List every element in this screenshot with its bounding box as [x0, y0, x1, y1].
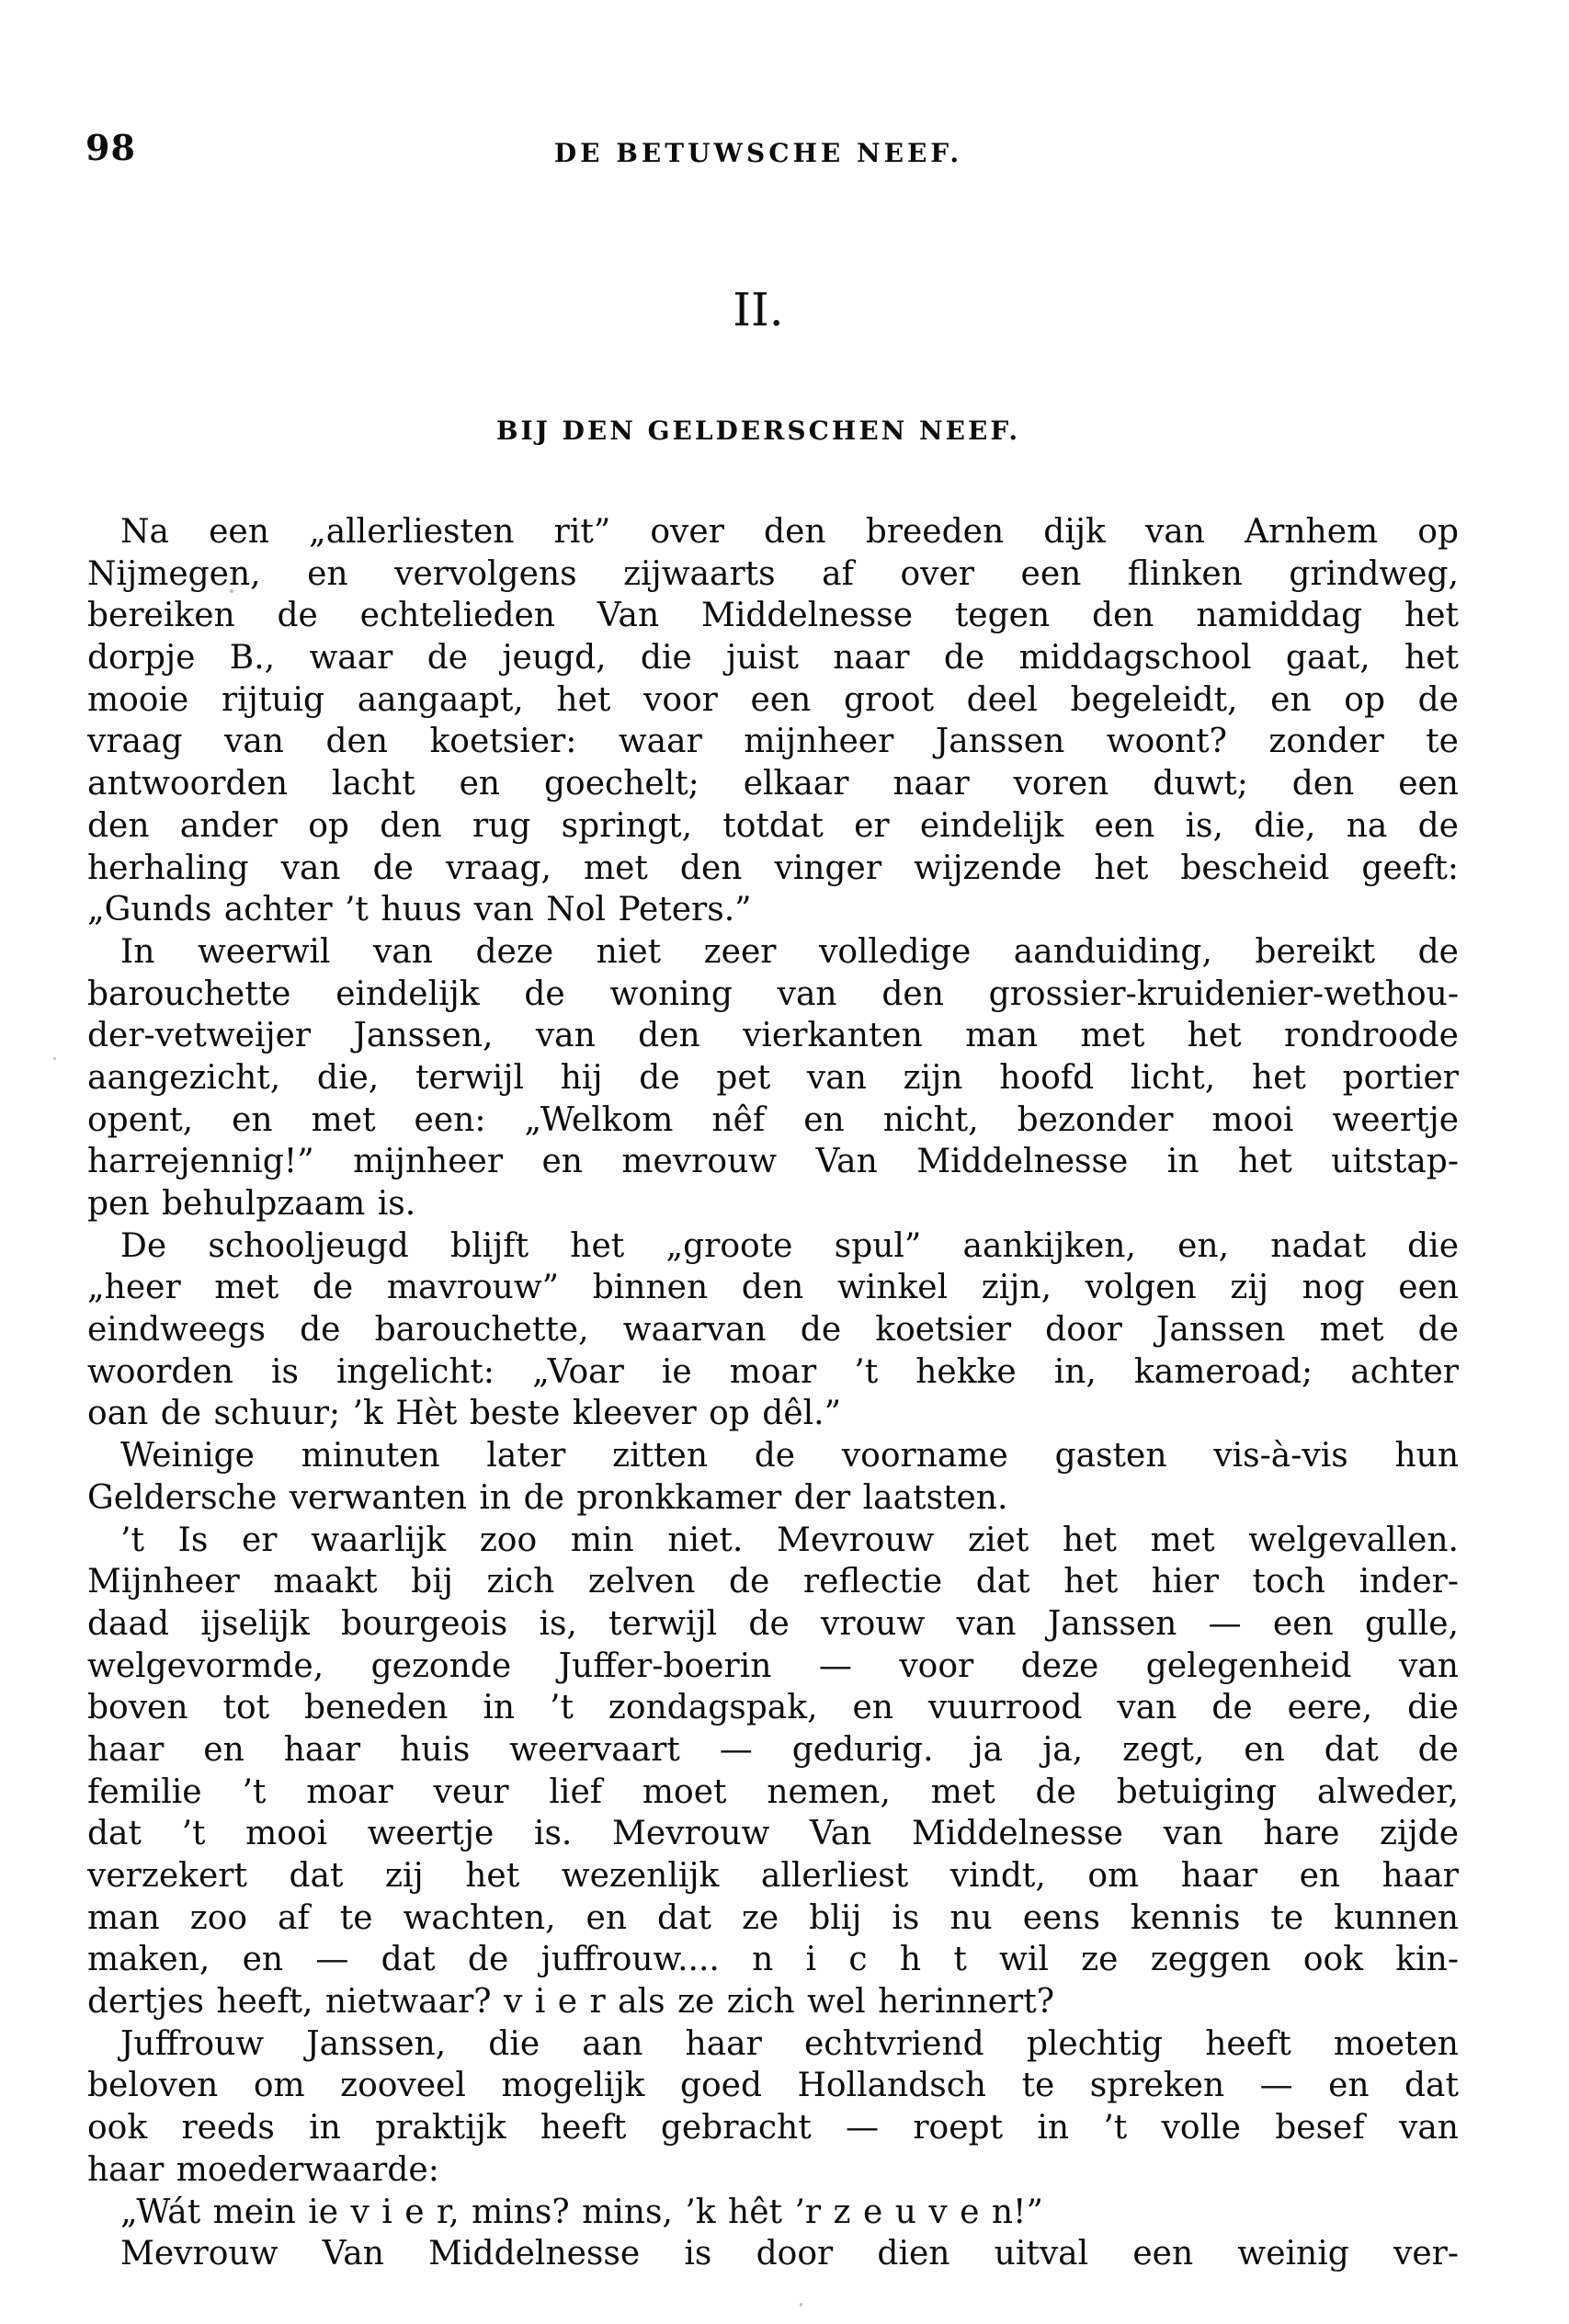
text-line: Juffrouw Janssen, die aan haar echtvrien…	[87, 2023, 1459, 2066]
text-line: femilie ’t moar veur lief moet nemen, me…	[87, 1771, 1459, 1814]
text-line: Weinige minuten later zitten de voorname…	[87, 1435, 1459, 1477]
text-line: Geldersche verwanten in de pronkkamer de…	[87, 1477, 1459, 1520]
text-line: welgevormde, gezonde Juffer-boerin — voo…	[87, 1646, 1459, 1688]
text-line: bereiken de echtelieden Van Middelnesse …	[87, 595, 1459, 637]
text-line: Mijnheer maakt bij zich zelven de reflec…	[87, 1561, 1459, 1603]
text-line: dertjes heeft, nietwaar? v i e r als ze …	[87, 1981, 1459, 2023]
text-line: dat ’t mooi weertje is. Mevrouw Van Midd…	[87, 1813, 1459, 1855]
text-line: De schooljeugd blijft het „groote spul” …	[87, 1225, 1459, 1268]
text-line: den ander op den rug springt, totdat er …	[87, 805, 1459, 848]
scan-speck	[800, 2303, 802, 2307]
text-line: herhaling van de vraag, met den vinger w…	[87, 848, 1459, 890]
text-line: verzekert dat zij het wezenlijk allerlie…	[87, 1855, 1459, 1897]
scan-speck	[53, 1057, 56, 1060]
text-line: beloven om zooveel mogelijk goed Holland…	[87, 2065, 1459, 2107]
text-line: „Wát mein ie v i e r, mins? mins, ’k hêt…	[87, 2192, 1459, 2234]
text-line: daad ijselijk bourgeois is, terwijl de v…	[87, 1603, 1459, 1646]
text-line: pen behulpzaam is.	[87, 1183, 1459, 1225]
text-line: „Gunds achter ’t huus van Nol Peters.”	[87, 889, 1459, 931]
text-line: eindweegs de barouchette, waarvan de koe…	[87, 1309, 1459, 1351]
chapter-numeral: II.	[0, 283, 1517, 336]
text-line: dorpje B., waar de jeugd, die juist naar…	[87, 637, 1459, 679]
text-line: Mevrouw Van Middelnesse is door dien uit…	[87, 2233, 1459, 2275]
scanned-book-page: { "page": { "number": "98", "running_tit…	[0, 0, 1569, 2324]
text-line: antwoorden lacht en goechelt; elkaar naa…	[87, 763, 1459, 805]
text-line: „heer met de mavrouw” binnen den winkel …	[87, 1267, 1459, 1309]
text-line: man zoo af te wachten, en dat ze blij is…	[87, 1897, 1459, 1940]
text-line: maken, en — dat de juffrouw.... n i c h …	[87, 1939, 1459, 1981]
text-line: boven tot beneden in ’t zondagspak, en v…	[87, 1687, 1459, 1729]
section-heading: BIJ DEN GELDERSCHEN NEEF.	[0, 416, 1517, 446]
text-line: harrejennig!” mijnheer en mevrouw Van Mi…	[87, 1141, 1459, 1183]
text-line: mooie rijtuig aangaapt, het voor een gro…	[87, 679, 1459, 722]
text-line: woorden is ingelicht: „Voar ie moar ’t h…	[87, 1351, 1459, 1394]
text-line: ’t Is er waarlijk zoo min niet. Mevrouw …	[87, 1520, 1459, 1562]
text-line: barouchette eindelijk de woning van den …	[87, 974, 1459, 1016]
running-title: DE BETUWSCHE NEEF.	[0, 138, 1517, 168]
text-line: aangezicht, die, terwijl hij de pet van …	[87, 1057, 1459, 1099]
text-line: haar en haar huis weervaart — gedurig. j…	[87, 1729, 1459, 1771]
text-line: haar moederwaarde:	[87, 2149, 1459, 2192]
scan-speck	[1335, 2269, 1337, 2272]
text-line: Na een „allerliesten rit” over den breed…	[87, 511, 1459, 553]
scan-speck	[230, 589, 233, 593]
text-line: Nijmegen, en vervolgens zijwaarts af ove…	[87, 553, 1459, 596]
text-line: In weerwil van deze niet zeer volledige …	[87, 931, 1459, 974]
text-line: oan de schuur; ’k Hèt beste kleever op d…	[87, 1393, 1459, 1435]
text-line: opent, en met een: „Welkom nêf en nicht,…	[87, 1099, 1459, 1142]
text-line: ook reeds in praktijk heeft gebracht — r…	[87, 2107, 1459, 2149]
body-text: Na een „allerliesten rit” over den breed…	[87, 511, 1459, 2275]
text-line: vraag van den koetsier: waar mijnheer Ja…	[87, 721, 1459, 763]
text-line: der-vetweijer Janssen, van den vierkante…	[87, 1015, 1459, 1057]
